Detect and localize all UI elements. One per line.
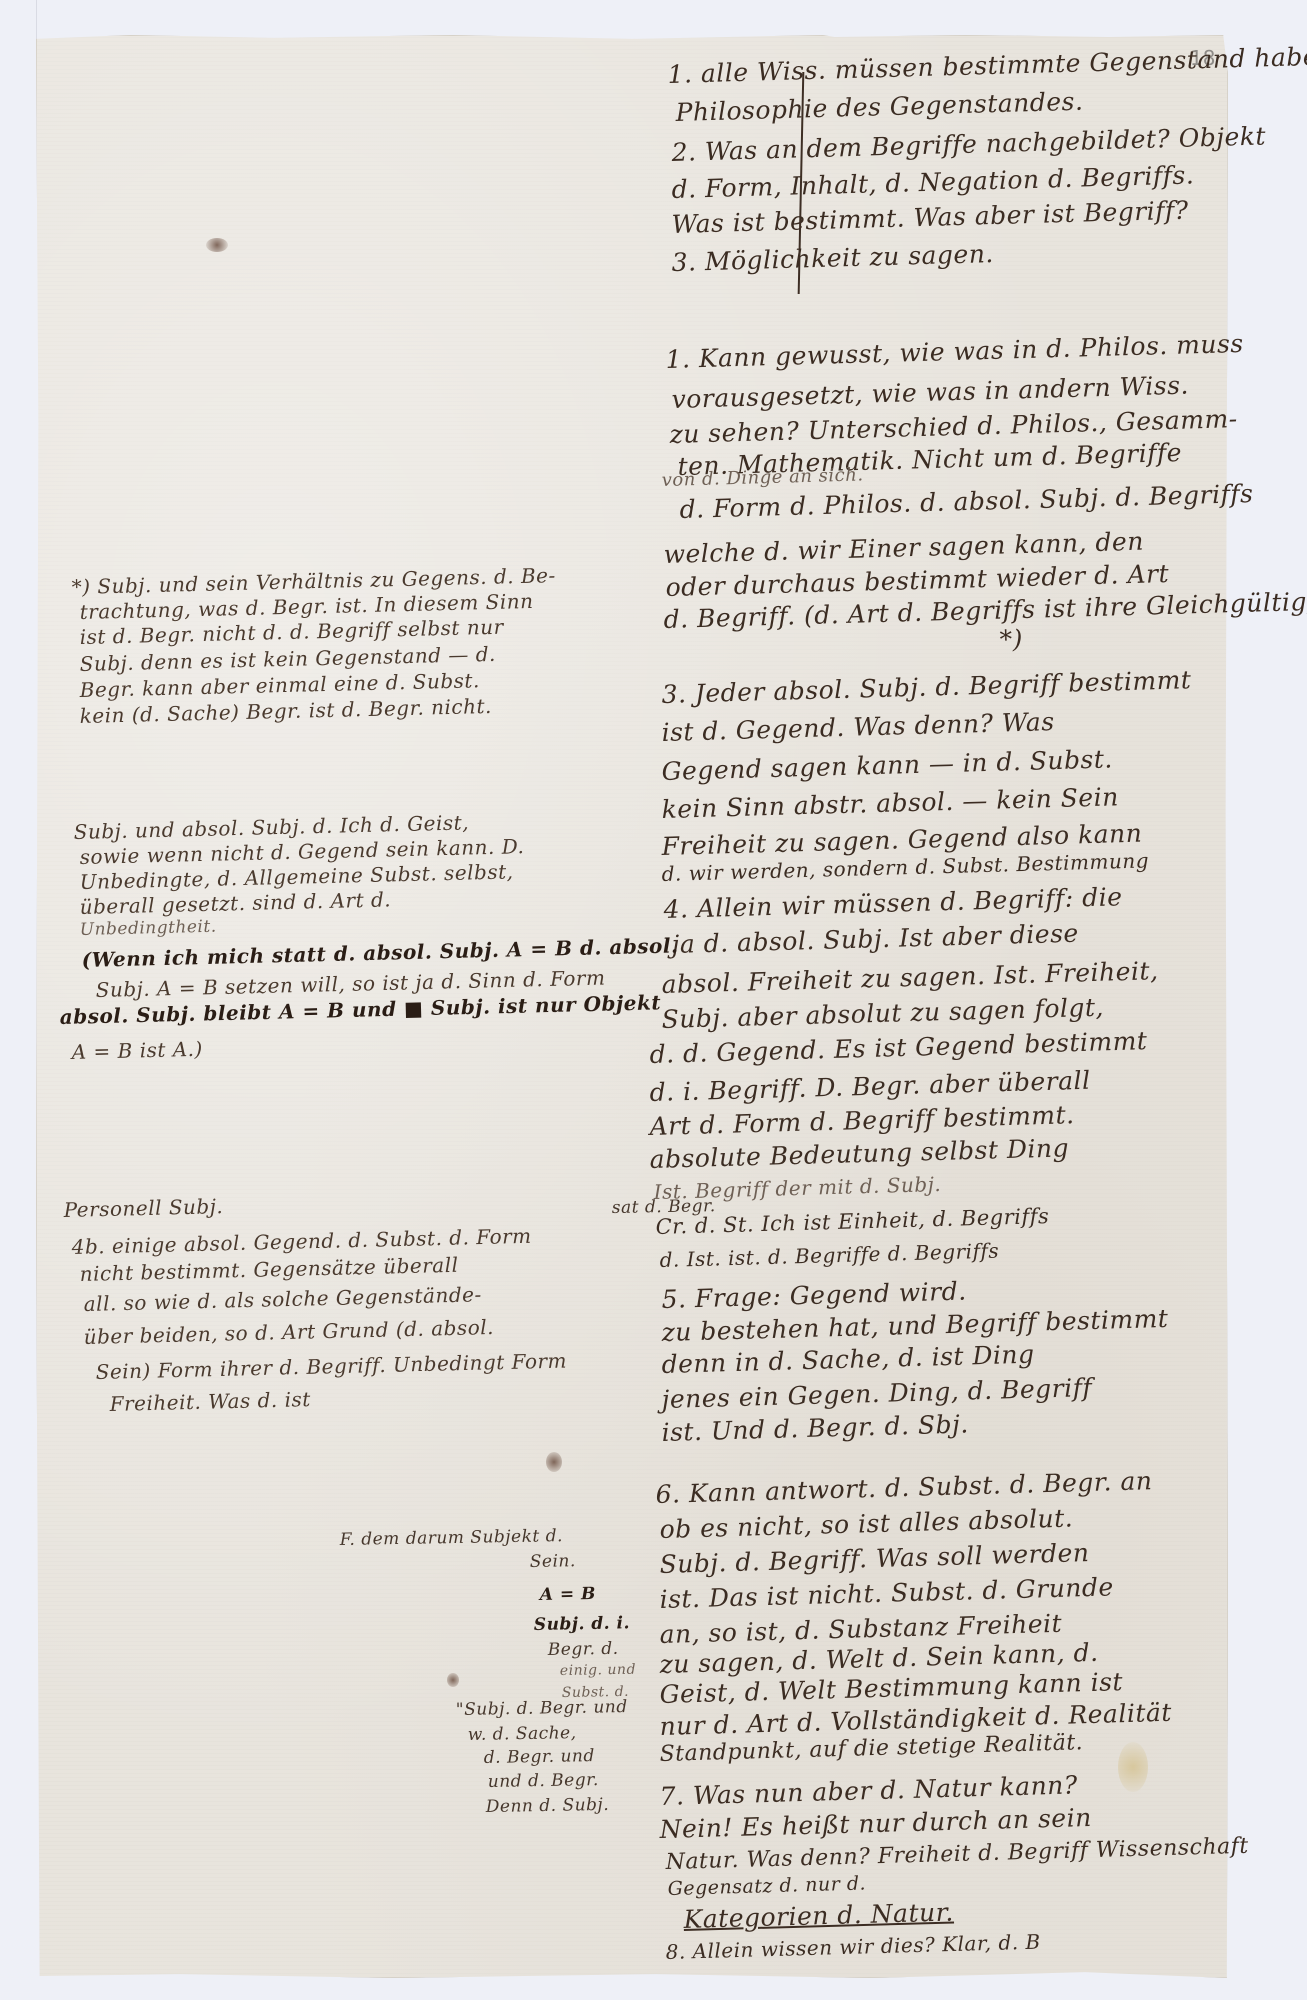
margin-line: einig. und bbox=[560, 1662, 636, 1679]
margin-line: Unbedingtheit. bbox=[80, 917, 217, 940]
margin-line: Personell Subj. bbox=[63, 1194, 223, 1222]
ink-stain bbox=[447, 1673, 459, 1687]
margin-line: Subj. d. i. bbox=[534, 1613, 630, 1635]
ink-stain bbox=[206, 238, 228, 252]
margin-line: Sein. bbox=[530, 1551, 576, 1572]
margin-line: A = B bbox=[540, 1584, 596, 1605]
margin-line: Denn d. Subj. bbox=[486, 1795, 610, 1817]
margin-line: Begr. d. bbox=[548, 1639, 619, 1660]
margin-line: A = B ist A.) bbox=[71, 1037, 203, 1064]
paper-stain bbox=[1118, 1742, 1148, 1792]
scan-edge-line bbox=[36, 0, 37, 40]
ink-stain bbox=[546, 1452, 562, 1472]
margin-line: Freiheit. Was d. ist bbox=[109, 1387, 311, 1416]
margin-line: F. dem darum Subjekt d. bbox=[340, 1526, 563, 1550]
margin-line: und d. Begr. bbox=[488, 1770, 599, 1792]
margin-line: "Subj. d. Begr. und bbox=[456, 1697, 628, 1720]
footnote-asterisk: *) bbox=[999, 624, 1023, 654]
margin-line: w. d. Sache, bbox=[468, 1723, 577, 1745]
margin-line: d. Begr. und bbox=[484, 1746, 595, 1768]
side-mark: sat d. Begr. bbox=[612, 1196, 716, 1218]
